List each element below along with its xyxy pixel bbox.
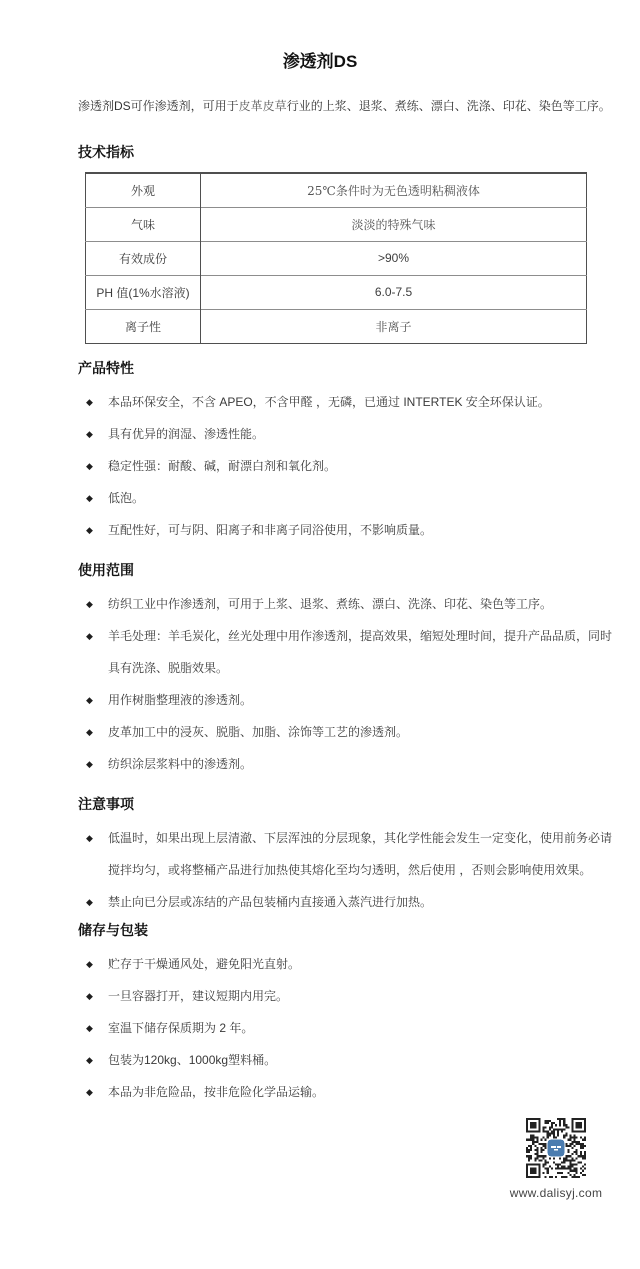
intro-text-post: 行业的上浆、退浆、煮练、漂白、洗涤、印花、染色等工序。 <box>287 99 611 113</box>
diamond-bullet-icon: ◆ <box>86 748 93 780</box>
list-item-text: 低温时，如果出现上层清澈、下层浑浊的分层现象，其化学性能会发生一定变化，使用前务… <box>108 831 612 877</box>
list-item: ◆贮存于干燥通风处，避免阳光直射。 <box>78 948 616 980</box>
spec-value: 25℃条件时为无色透明粘稠液体 <box>201 173 587 207</box>
diamond-bullet-icon: ◆ <box>86 1044 93 1076</box>
list-item: ◆皮革加工中的浸灰、脱脂、加脂、涂饰等工艺的渗透剂。 <box>78 716 616 748</box>
spec-label: 有效成份 <box>86 241 201 275</box>
list-item-text: 羊毛处理：羊毛炭化，丝光处理中用作渗透剂，提高效果，缩短处理时间，提升产品品质，… <box>108 629 612 675</box>
diamond-bullet-icon: ◆ <box>86 482 93 514</box>
section-heading-features: 产品特性 <box>78 358 616 378</box>
tech-specs-table: 外观 25℃条件时为无色透明粘稠液体 气味 淡淡的特殊气味 有效成份 >90% … <box>85 172 587 344</box>
spec-label: PH 值(1%水溶液) <box>86 275 201 309</box>
list-item: ◆本品环保安全，不含 APEO，不含甲醛 ，无磷，已通过 INTERTEK 安全… <box>78 386 616 418</box>
list-item-text: 稳定性强：耐酸、碱，耐漂白剂和氧化剂。 <box>108 459 336 473</box>
list-item: ◆低泡。 <box>78 482 616 514</box>
diamond-bullet-icon: ◆ <box>86 450 93 482</box>
list-item: ◆禁止向已分层或冻结的产品包装桶内直接通入蒸汽进行加热。 <box>78 886 616 918</box>
diamond-bullet-icon: ◆ <box>86 588 93 620</box>
diamond-bullet-icon: ◆ <box>86 514 93 546</box>
list-item: ◆包装为120kg、1000kg塑料桶。 <box>78 1044 616 1076</box>
list-item: ◆纺织工业中作渗透剂，可用于上浆、退浆、煮练、漂白、洗涤、印花、染色等工序。 <box>78 588 616 620</box>
list-item-text: 本品为非危险品，按非危险化学品运输。 <box>108 1085 324 1099</box>
diamond-bullet-icon: ◆ <box>86 886 93 918</box>
diamond-bullet-icon: ◆ <box>86 980 93 1012</box>
list-item-text: 用作树脂整理液的渗透剂。 <box>108 693 252 707</box>
spec-value: 淡淡的特殊气味 <box>201 207 587 241</box>
list-item: ◆互配性好，可与阴、阳离子和非离子同浴使用，不影响质量。 <box>78 514 616 546</box>
diamond-bullet-icon: ◆ <box>86 1076 93 1108</box>
list-item-text: 贮存于干燥通风处，避免阳光直射。 <box>108 957 300 971</box>
list-item: ◆本品为非危险品，按非危险化学品运输。 <box>78 1076 616 1108</box>
document-page: 渗透剂DS 渗透剂DS可作渗透剂，可用于皮革皮草行业的上浆、退浆、煮练、漂白、洗… <box>0 0 640 1269</box>
list-item-text: 纺织工业中作渗透剂，可用于上浆、退浆、煮练、漂白、洗涤、印花、染色等工序。 <box>108 597 552 611</box>
list-item: ◆具有优异的润湿、渗透性能。 <box>78 418 616 450</box>
list-item: ◆羊毛处理：羊毛炭化，丝光处理中用作渗透剂，提高效果，缩短处理时间，提升产品品质… <box>78 620 616 684</box>
list-item-text: 禁止向已分层或冻结的产品包装桶内直接通入蒸汽进行加热。 <box>108 895 432 909</box>
list-item: ◆一旦容器打开，建议短期内用完。 <box>78 980 616 1012</box>
section-heading-notes: 注意事项 <box>78 794 616 814</box>
table-row: 外观 25℃条件时为无色透明粘稠液体 <box>86 173 587 207</box>
table-row: 离子性 非离子 <box>86 309 587 343</box>
intro-text-emphasis: 皮革皮草 <box>239 99 287 113</box>
section-heading-storage: 储存与包装 <box>78 920 616 940</box>
spec-label: 气味 <box>86 207 201 241</box>
list-item-text: 包装为120kg、1000kg塑料桶。 <box>108 1053 276 1067</box>
qr-code <box>526 1118 586 1178</box>
diamond-bullet-icon: ◆ <box>86 1012 93 1044</box>
list-item: ◆低温时，如果出现上层清澈、下层浑浊的分层现象，其化学性能会发生一定变化，使用前… <box>78 822 616 886</box>
table-row: 有效成份 >90% <box>86 241 587 275</box>
diamond-bullet-icon: ◆ <box>86 386 93 418</box>
footer: www.dalisyj.com <box>501 1118 611 1200</box>
table-row: PH 值(1%水溶液) 6.0-7.5 <box>86 275 587 309</box>
notes-list: ◆低温时，如果出现上层清澈、下层浑浊的分层现象，其化学性能会发生一定变化，使用前… <box>78 822 616 918</box>
spec-label: 离子性 <box>86 309 201 343</box>
list-item: ◆室温下储存保质期为 2 年。 <box>78 1012 616 1044</box>
storage-list: ◆贮存于干燥通风处，避免阳光直射。 ◆一旦容器打开，建议短期内用完。 ◆室温下储… <box>78 948 616 1108</box>
diamond-bullet-icon: ◆ <box>86 418 93 450</box>
diamond-bullet-icon: ◆ <box>86 948 93 980</box>
spec-value: 6.0-7.5 <box>201 275 587 309</box>
section-heading-usage: 使用范围 <box>78 560 616 580</box>
page-title: 渗透剂DS <box>0 50 640 74</box>
usage-list: ◆纺织工业中作渗透剂，可用于上浆、退浆、煮练、漂白、洗涤、印花、染色等工序。 ◆… <box>78 588 616 780</box>
table-row: 气味 淡淡的特殊气味 <box>86 207 587 241</box>
list-item: ◆纺织涂层浆料中的渗透剂。 <box>78 748 616 780</box>
diamond-bullet-icon: ◆ <box>86 684 93 716</box>
list-item-text: 本品环保安全，不含 APEO，不含甲醛 ，无磷，已通过 INTERTEK 安全环… <box>108 395 550 409</box>
spec-value: 非离子 <box>201 309 587 343</box>
diamond-bullet-icon: ◆ <box>86 822 93 854</box>
intro-paragraph: 渗透剂DS可作渗透剂，可用于皮革皮草行业的上浆、退浆、煮练、漂白、洗涤、印花、染… <box>78 96 616 116</box>
features-list: ◆本品环保安全，不含 APEO，不含甲醛 ，无磷，已通过 INTERTEK 安全… <box>78 386 616 546</box>
intro-text-pre: 渗透剂DS可作渗透剂，可用于 <box>78 99 239 113</box>
diamond-bullet-icon: ◆ <box>86 716 93 748</box>
spec-value: >90% <box>201 241 587 275</box>
list-item: ◆稳定性强：耐酸、碱，耐漂白剂和氧化剂。 <box>78 450 616 482</box>
list-item-text: 一旦容器打开，建议短期内用完。 <box>108 989 288 1003</box>
list-item-text: 互配性好，可与阴、阳离子和非离子同浴使用，不影响质量。 <box>108 523 432 537</box>
list-item-text: 低泡。 <box>108 491 144 505</box>
list-item-text: 皮革加工中的浸灰、脱脂、加脂、涂饰等工艺的渗透剂。 <box>108 725 408 739</box>
list-item-text: 纺织涂层浆料中的渗透剂。 <box>108 757 252 771</box>
list-item: ◆用作树脂整理液的渗透剂。 <box>78 684 616 716</box>
diamond-bullet-icon: ◆ <box>86 620 93 652</box>
section-heading-tech-specs: 技术指标 <box>78 142 616 162</box>
spec-label: 外观 <box>86 173 201 207</box>
list-item-text: 室温下储存保质期为 2 年。 <box>108 1021 253 1035</box>
list-item-text: 具有优异的润湿、渗透性能。 <box>108 427 264 441</box>
website-url: www.dalisyj.com <box>510 1186 603 1200</box>
